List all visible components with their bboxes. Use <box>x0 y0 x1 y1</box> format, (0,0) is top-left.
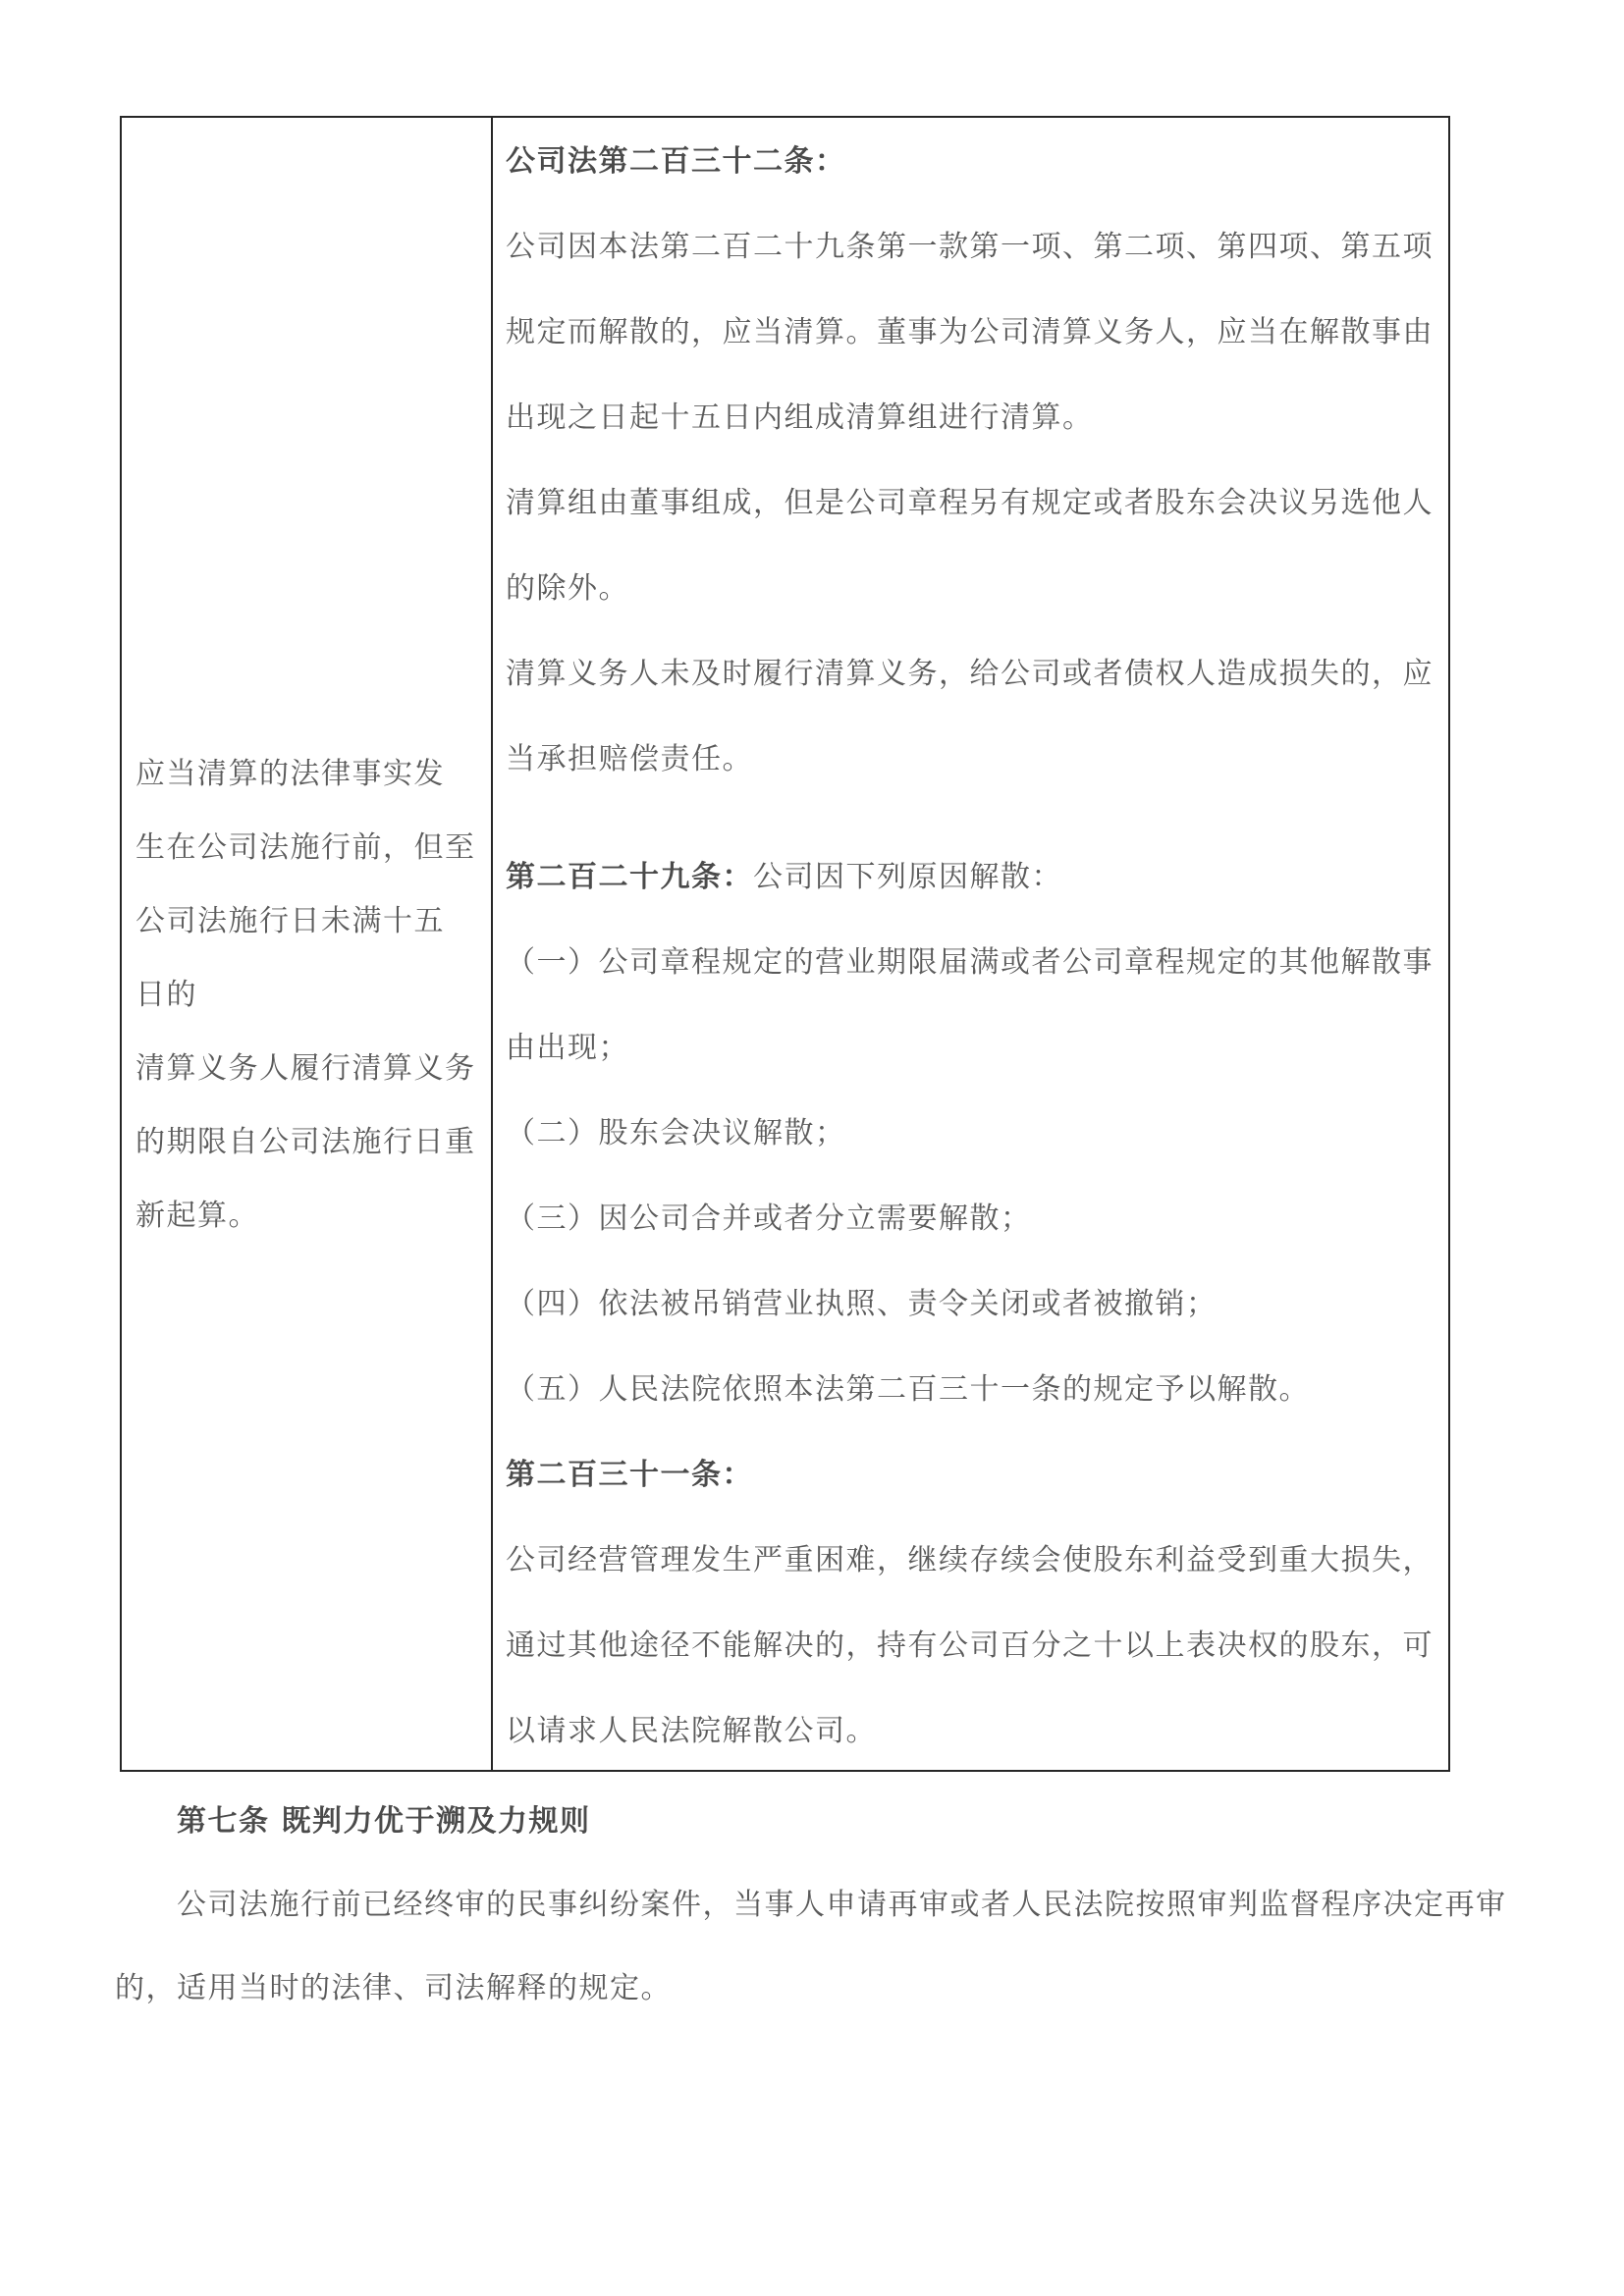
text-segment: 公司因下列原因解散： <box>753 860 1062 894</box>
bold-text-segment: 第二百二十九条： <box>506 860 753 894</box>
text-line: 新起算。 <box>135 1179 491 1253</box>
bold-text-segment: 公司法第二百三十二条： <box>506 144 846 179</box>
text-segment: 以请求人民法院解散公司。 <box>506 1714 877 1748</box>
text-segment: 的期限自公司法施行日重 <box>135 1125 476 1159</box>
text-segment: 应当清算的法律事实发 <box>135 757 445 791</box>
text-line: 由出现； <box>506 1005 1448 1091</box>
text-segment: 清算义务人未及时履行清算义务，给公司或者债权人造成损失的，应 <box>506 657 1434 691</box>
text-segment: （二）股东会决议解散； <box>506 1116 846 1150</box>
text-line: 清算义务人履行清算义务 <box>135 1032 491 1105</box>
text-line: 生在公司法施行前，但至 <box>135 811 491 884</box>
text-line: 公司法施行日未满十五 <box>135 884 491 958</box>
text-segment: 规定而解散的，应当清算。董事为公司清算义务人，应当在解散事由 <box>506 315 1434 349</box>
text-line: 公司经营管理发生严重困难，继续存续会使股东利益受到重大损失， <box>506 1518 1448 1603</box>
text-segment: 的，适用当时的法律、司法解释的规定。 <box>115 1971 672 2005</box>
text-segment: 公司法施行日未满十五 <box>135 904 445 938</box>
text-line: 日的 <box>135 958 491 1032</box>
text-segment: 公司法施行前已经终审的民事纠纷案件，当事人申请再审或者人民法院按照审判监督程序决… <box>177 1888 1507 1922</box>
text-segment: 公司经营管理发生严重困难，继续存续会使股东利益受到重大损失， <box>506 1543 1434 1577</box>
text-line: 清算组由董事组成，但是公司章程另有规定或者股东会决议另选他人 <box>506 460 1448 546</box>
text-segment: 清算义务人履行清算义务 <box>135 1051 476 1086</box>
text-line: （四）依法被吊销营业执照、责令关闭或者被撤销； <box>506 1261 1448 1347</box>
text-segment: 生在公司法施行前，但至 <box>135 830 476 865</box>
text-segment: （四）依法被吊销营业执照、责令关闭或者被撤销； <box>506 1287 1218 1321</box>
text-line: 第二百三十一条： <box>506 1432 1448 1518</box>
text-segment: （三）因公司合并或者分立需要解散； <box>506 1201 1032 1236</box>
text-line: 通过其他途径不能解决的，持有公司百分之十以上表决权的股东，可 <box>506 1603 1448 1688</box>
text-line: 当承担赔偿责任。 <box>506 717 1448 802</box>
text-line: 的除外。 <box>506 546 1448 631</box>
text-line: 清算义务人未及时履行清算义务，给公司或者债权人造成损失的，应 <box>506 631 1448 717</box>
text-line: （二）股东会决议解散； <box>506 1091 1448 1176</box>
article-seven-paragraph: 公司法施行前已经终审的民事纠纷案件，当事人申请再审或者人民法院按照审判监督程序决… <box>115 1863 1565 2030</box>
text-segment: 出现之日起十五日内组成清算组进行清算。 <box>506 400 1094 435</box>
text-segment: 新起算。 <box>135 1199 259 1233</box>
text-segment: 公司因本法第二百二十九条第一款第一项、第二项、第四项、第五项 <box>506 230 1434 264</box>
text-line: 以请求人民法院解散公司。 <box>506 1688 1448 1770</box>
table-cell-transition-rule: 应当清算的法律事实发生在公司法施行前，但至公司法施行日未满十五日的清算义务人履行… <box>122 118 493 1770</box>
table-cell-law-provisions: 公司法第二百三十二条：公司因本法第二百二十九条第一款第一项、第二项、第四项、第五… <box>493 118 1448 1770</box>
text-line: 规定而解散的，应当清算。董事为公司清算义务人，应当在解散事由 <box>506 290 1448 375</box>
text-line: 的期限自公司法施行日重 <box>135 1105 491 1179</box>
text-segment: 当承担赔偿责任。 <box>506 742 753 776</box>
text-line: 的，适用当时的法律、司法解释的规定。 <box>115 1947 1565 2030</box>
text-line: 第二百二十九条：公司因下列原因解散： <box>506 834 1448 920</box>
text-segment: （五）人民法院依照本法第二百三十一条的规定予以解散。 <box>506 1372 1310 1407</box>
text-line: 出现之日起十五日内组成清算组进行清算。 <box>506 375 1448 460</box>
text-segment: 日的 <box>135 978 197 1012</box>
text-line: （三）因公司合并或者分立需要解散； <box>506 1176 1448 1261</box>
right-cell-text: 公司法第二百三十二条：公司因本法第二百二十九条第一款第一项、第二项、第四项、第五… <box>506 119 1448 1770</box>
text-segment: 通过其他途径不能解决的，持有公司百分之十以上表决权的股东，可 <box>506 1629 1434 1663</box>
text-line: 公司因本法第二百二十九条第一款第一项、第二项、第四项、第五项 <box>506 204 1448 290</box>
left-cell-text: 应当清算的法律事实发生在公司法施行前，但至公司法施行日未满十五日的清算义务人履行… <box>135 737 491 1253</box>
article-seven-heading: 第七条 既判力优于溯及力规则 <box>177 1779 590 1864</box>
text-line: 应当清算的法律事实发 <box>135 737 491 811</box>
text-segment: 清算组由董事组成，但是公司章程另有规定或者股东会决议另选他人 <box>506 486 1434 520</box>
bold-text-segment: 第二百三十一条： <box>506 1458 753 1492</box>
text-segment: 的除外。 <box>506 571 629 606</box>
law-comparison-table: 应当清算的法律事实发生在公司法施行前，但至公司法施行日未满十五日的清算义务人履行… <box>120 116 1450 1772</box>
text-line: （五）人民法院依照本法第二百三十一条的规定予以解散。 <box>506 1347 1448 1432</box>
text-line: （一）公司章程规定的营业期限届满或者公司章程规定的其他解散事 <box>506 920 1448 1005</box>
text-segment: 由出现； <box>506 1031 629 1065</box>
text-segment: （一）公司章程规定的营业期限届满或者公司章程规定的其他解散事 <box>506 945 1434 980</box>
text-line: 公司法第二百三十二条： <box>506 119 1448 204</box>
text-line: 公司法施行前已经终审的民事纠纷案件，当事人申请再审或者人民法院按照审判监督程序决… <box>115 1863 1565 1947</box>
